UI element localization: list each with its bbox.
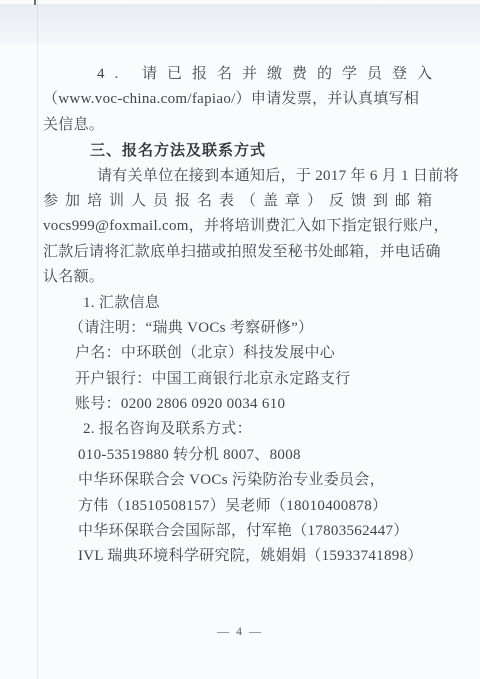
registration-para-line-1: 请有关单位在接到本通知后，于 2017 年 6 月 1 日前将 — [43, 164, 480, 189]
account-name-line: 户名：中环联创（北京）科技发展中心 — [43, 341, 480, 366]
invoice-notice-line-2: （www.voc-china.com/fapiao/）申请发票，并认真填写相 — [43, 87, 480, 112]
invoice-notice-line-3: 关信息。 — [43, 113, 480, 138]
registration-para-line-3: vocs999@foxmail.com，并将培训费汇入如下指定银行账户， — [43, 214, 480, 239]
contact-info-title: 2. 报名咨询及联系方式： — [43, 417, 480, 442]
international-dept-contact-line: 中华环保联合会国际部，付军艳（17803562447） — [43, 519, 480, 544]
registration-para-line-5: 认名额。 — [43, 265, 480, 290]
document-body: 4. 请已报名并缴费的学员登入 （www.voc-china.com/fapia… — [0, 0, 480, 570]
ivl-contact-line: IVL 瑞典环境科学研究院，姚娟娟（15933741898） — [43, 544, 480, 569]
bank-name-line: 开户银行：中国工商银行北京永定路支行 — [43, 367, 480, 392]
remittance-info-title: 1. 汇款信息 — [43, 291, 480, 316]
registration-para-line-4: 汇款后请将汇款底单扫描或拍照发至秘书处邮箱，并电话确 — [43, 240, 480, 265]
page-number: — 4 — — [0, 624, 480, 639]
scanned-document-page: 4. 请已报名并缴费的学员登入 （www.voc-china.com/fapia… — [0, 0, 480, 679]
section-heading-registration: 三、报名方法及联系方式 — [43, 138, 480, 163]
phone-extension-line: 010-53519880 转分机 8007、8008 — [43, 443, 480, 468]
registration-para-line-2: 参加培训人员报名表（盖章）反馈到邮箱 — [43, 189, 480, 214]
vocs-committee-line: 中华环保联合会 VOCs 污染防治专业委员会， — [43, 468, 480, 493]
account-number-line: 账号：0200 2806 0920 0034 610 — [43, 392, 480, 417]
invoice-notice-line-1: 4. 请已报名并缴费的学员登入 — [43, 62, 480, 87]
remittance-note-line: （请注明：“瑞典 VOCs 考察研修”） — [43, 316, 480, 341]
committee-contacts-line: 方伟（18510508157）吴老师（18010400878） — [43, 494, 480, 519]
